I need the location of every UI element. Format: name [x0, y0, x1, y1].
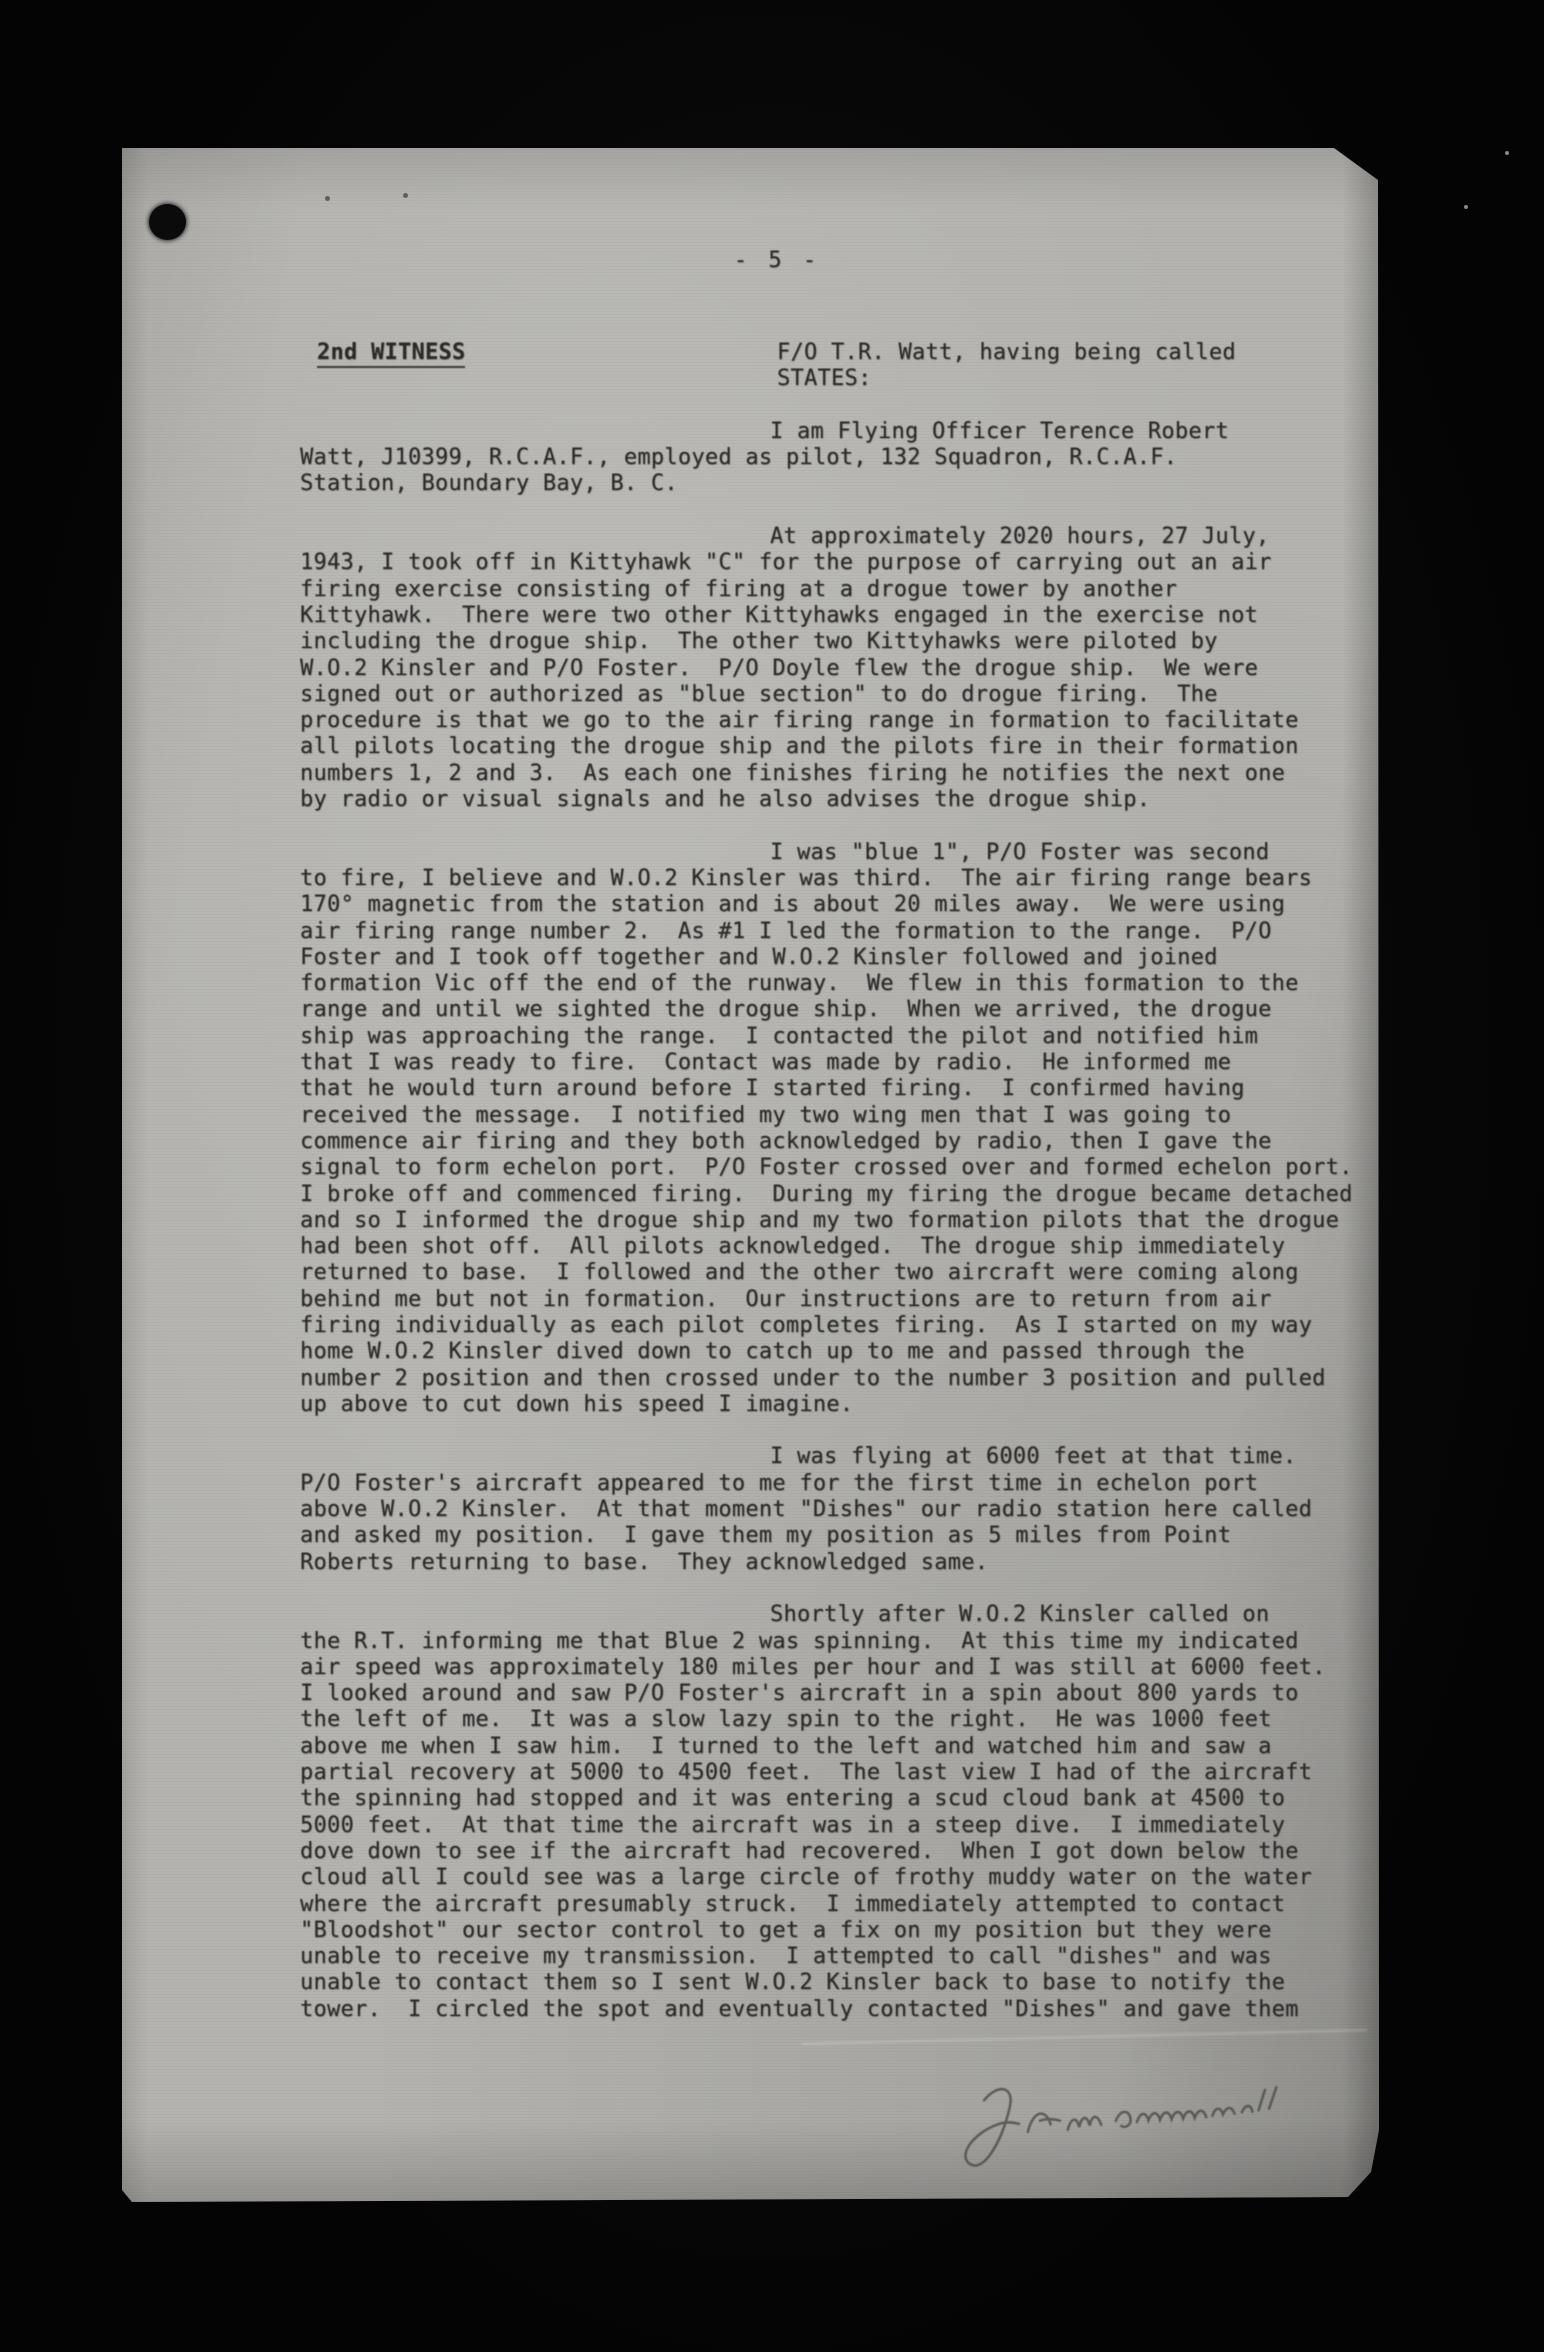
signature-stroke [962, 2075, 1280, 2166]
typed-line: and so I informed the drogue ship and my… [300, 1208, 1380, 1234]
typed-line: and asked my position. I gave them my po… [300, 1523, 1380, 1549]
typed-line: behind me but not in formation. Our inst… [300, 1287, 1380, 1313]
document-page: - 5 - 2nd WITNESS F/O T.R. Watt, having … [122, 148, 1380, 2202]
typed-line: Roberts returning to base. They acknowle… [300, 1550, 1380, 1576]
typed-line: unable to contact them so I sent W.O.2 K… [300, 1970, 1380, 1996]
states-label: STATES: [777, 366, 871, 391]
typed-line: that he would turn around before I start… [300, 1076, 1380, 1102]
typed-line: procedure is that we go to the air firin… [300, 708, 1380, 734]
witness-called-text: F/O T.R. Watt, having being called [777, 340, 1236, 365]
typed-line: cloud all I could see was a large circle… [300, 1865, 1380, 1891]
hole-punch [149, 204, 186, 240]
typed-line: Kittyhawk. There were two other Kittyhaw… [300, 603, 1380, 629]
typed-line: range and until we sighted the drogue sh… [300, 997, 1380, 1023]
dust-speck [1505, 151, 1509, 155]
typed-line: At approximately 2020 hours, 27 July, [300, 524, 1380, 550]
typed-line: received the message. I notified my two … [300, 1103, 1380, 1129]
typed-line: ship was approaching the range. I contac… [300, 1024, 1380, 1050]
dust-speck [1464, 205, 1468, 209]
typed-line: firing individually as each pilot comple… [300, 1313, 1380, 1339]
typed-line: above me when I saw him. I turned to the… [300, 1734, 1380, 1760]
witness-heading-row: 2nd WITNESS F/O T.R. Watt, having being … [300, 340, 1380, 366]
typed-line: commence air firing and they both acknow… [300, 1129, 1380, 1155]
typed-line: including the drogue ship. The other two… [300, 629, 1380, 655]
typed-line: up above to cut down his speed I imagine… [300, 1392, 1380, 1418]
typed-line: by radio or visual signals and he also a… [300, 787, 1380, 813]
paragraph: At approximately 2020 hours, 27 July,194… [300, 524, 1380, 813]
typed-line: the R.T. informing me that Blue 2 was sp… [300, 1629, 1380, 1655]
paragraph: I was flying at 6000 feet at that time.P… [300, 1444, 1380, 1575]
typed-line: Watt, J10399, R.C.A.F., employed as pilo… [300, 445, 1380, 471]
typed-text-block: 2nd WITNESS F/O T.R. Watt, having being … [300, 340, 1380, 2023]
typed-line: P/O Foster's aircraft appeared to me for… [300, 1471, 1380, 1497]
typed-line: above W.O.2 Kinsler. At that moment "Dis… [300, 1497, 1380, 1523]
typed-line: the spinning had stopped and it was ente… [300, 1786, 1380, 1812]
paragraph: I am Flying Officer Terence RobertWatt, … [300, 419, 1380, 498]
typed-line: had been shot off. All pilots acknowledg… [300, 1234, 1380, 1260]
typed-line: numbers 1, 2 and 3. As each one finishes… [300, 761, 1380, 787]
typed-line: all pilots locating the drogue ship and … [300, 734, 1380, 760]
typed-line: I broke off and commenced firing. During… [300, 1182, 1380, 1208]
handwritten-signature [934, 2053, 1340, 2194]
typed-line: partial recovery at 5000 to 4500 feet. T… [300, 1760, 1380, 1786]
typed-line: 1943, I took off in Kittyhawk "C" for th… [300, 550, 1380, 576]
typed-line: Station, Boundary Bay, B. C. [300, 471, 1380, 497]
states-line: STATES: [300, 366, 1380, 392]
typed-line: formation Vic off the end of the runway.… [300, 971, 1380, 997]
typed-line: "Bloodshot" our sector control to get a … [300, 1918, 1380, 1944]
typed-line: Shortly after W.O.2 Kinsler called on [300, 1602, 1380, 1628]
typed-line: tower. I circled the spot and eventually… [300, 1997, 1380, 2023]
typed-line: firing exercise consisting of firing at … [300, 577, 1380, 603]
paragraph: I was "blue 1", P/O Foster was secondto … [300, 840, 1380, 1419]
paper-crease [801, 2029, 1367, 2045]
page-number: - 5 - [717, 248, 837, 273]
typed-line: unable to receive my transmission. I att… [300, 1944, 1380, 1970]
typed-line: number 2 position and then crossed under… [300, 1366, 1380, 1392]
typed-line: the left of me. It was a slow lazy spin … [300, 1707, 1380, 1733]
typed-line: home W.O.2 Kinsler dived down to catch u… [300, 1339, 1380, 1365]
typed-line: 5000 feet. At that time the aircraft was… [300, 1813, 1380, 1839]
typed-line: 170° magnetic from the station and is ab… [300, 892, 1380, 918]
paper-speck [403, 193, 408, 198]
statement-paragraphs: I am Flying Officer Terence RobertWatt, … [300, 419, 1380, 2023]
typed-line: W.O.2 Kinsler and P/O Foster. P/O Doyle … [300, 656, 1380, 682]
typed-line: I was "blue 1", P/O Foster was second [300, 840, 1380, 866]
typed-line: I was flying at 6000 feet at that time. [300, 1444, 1380, 1470]
paper-speck [325, 196, 330, 201]
typed-line: signed out or authorized as "blue sectio… [300, 682, 1380, 708]
typed-line: signal to form echelon port. P/O Foster … [300, 1155, 1380, 1181]
witness-label: 2nd WITNESS [317, 340, 465, 368]
typed-line: to fire, I believe and W.O.2 Kinsler was… [300, 866, 1380, 892]
typed-line: air speed was approximately 180 miles pe… [300, 1655, 1380, 1681]
typed-line: dove down to see if the aircraft had rec… [300, 1839, 1380, 1865]
typed-line: I looked around and saw P/O Foster's air… [300, 1681, 1380, 1707]
typed-line: air firing range number 2. As #1 I led t… [300, 919, 1380, 945]
paragraph: Shortly after W.O.2 Kinsler called onthe… [300, 1602, 1380, 2023]
typed-line: returned to base. I followed and the oth… [300, 1260, 1380, 1286]
typed-line: where the aircraft presumably struck. I … [300, 1892, 1380, 1918]
typed-line: Foster and I took off together and W.O.2… [300, 945, 1380, 971]
typed-line: that I was ready to fire. Contact was ma… [300, 1050, 1380, 1076]
typed-line: I am Flying Officer Terence Robert [300, 419, 1380, 445]
